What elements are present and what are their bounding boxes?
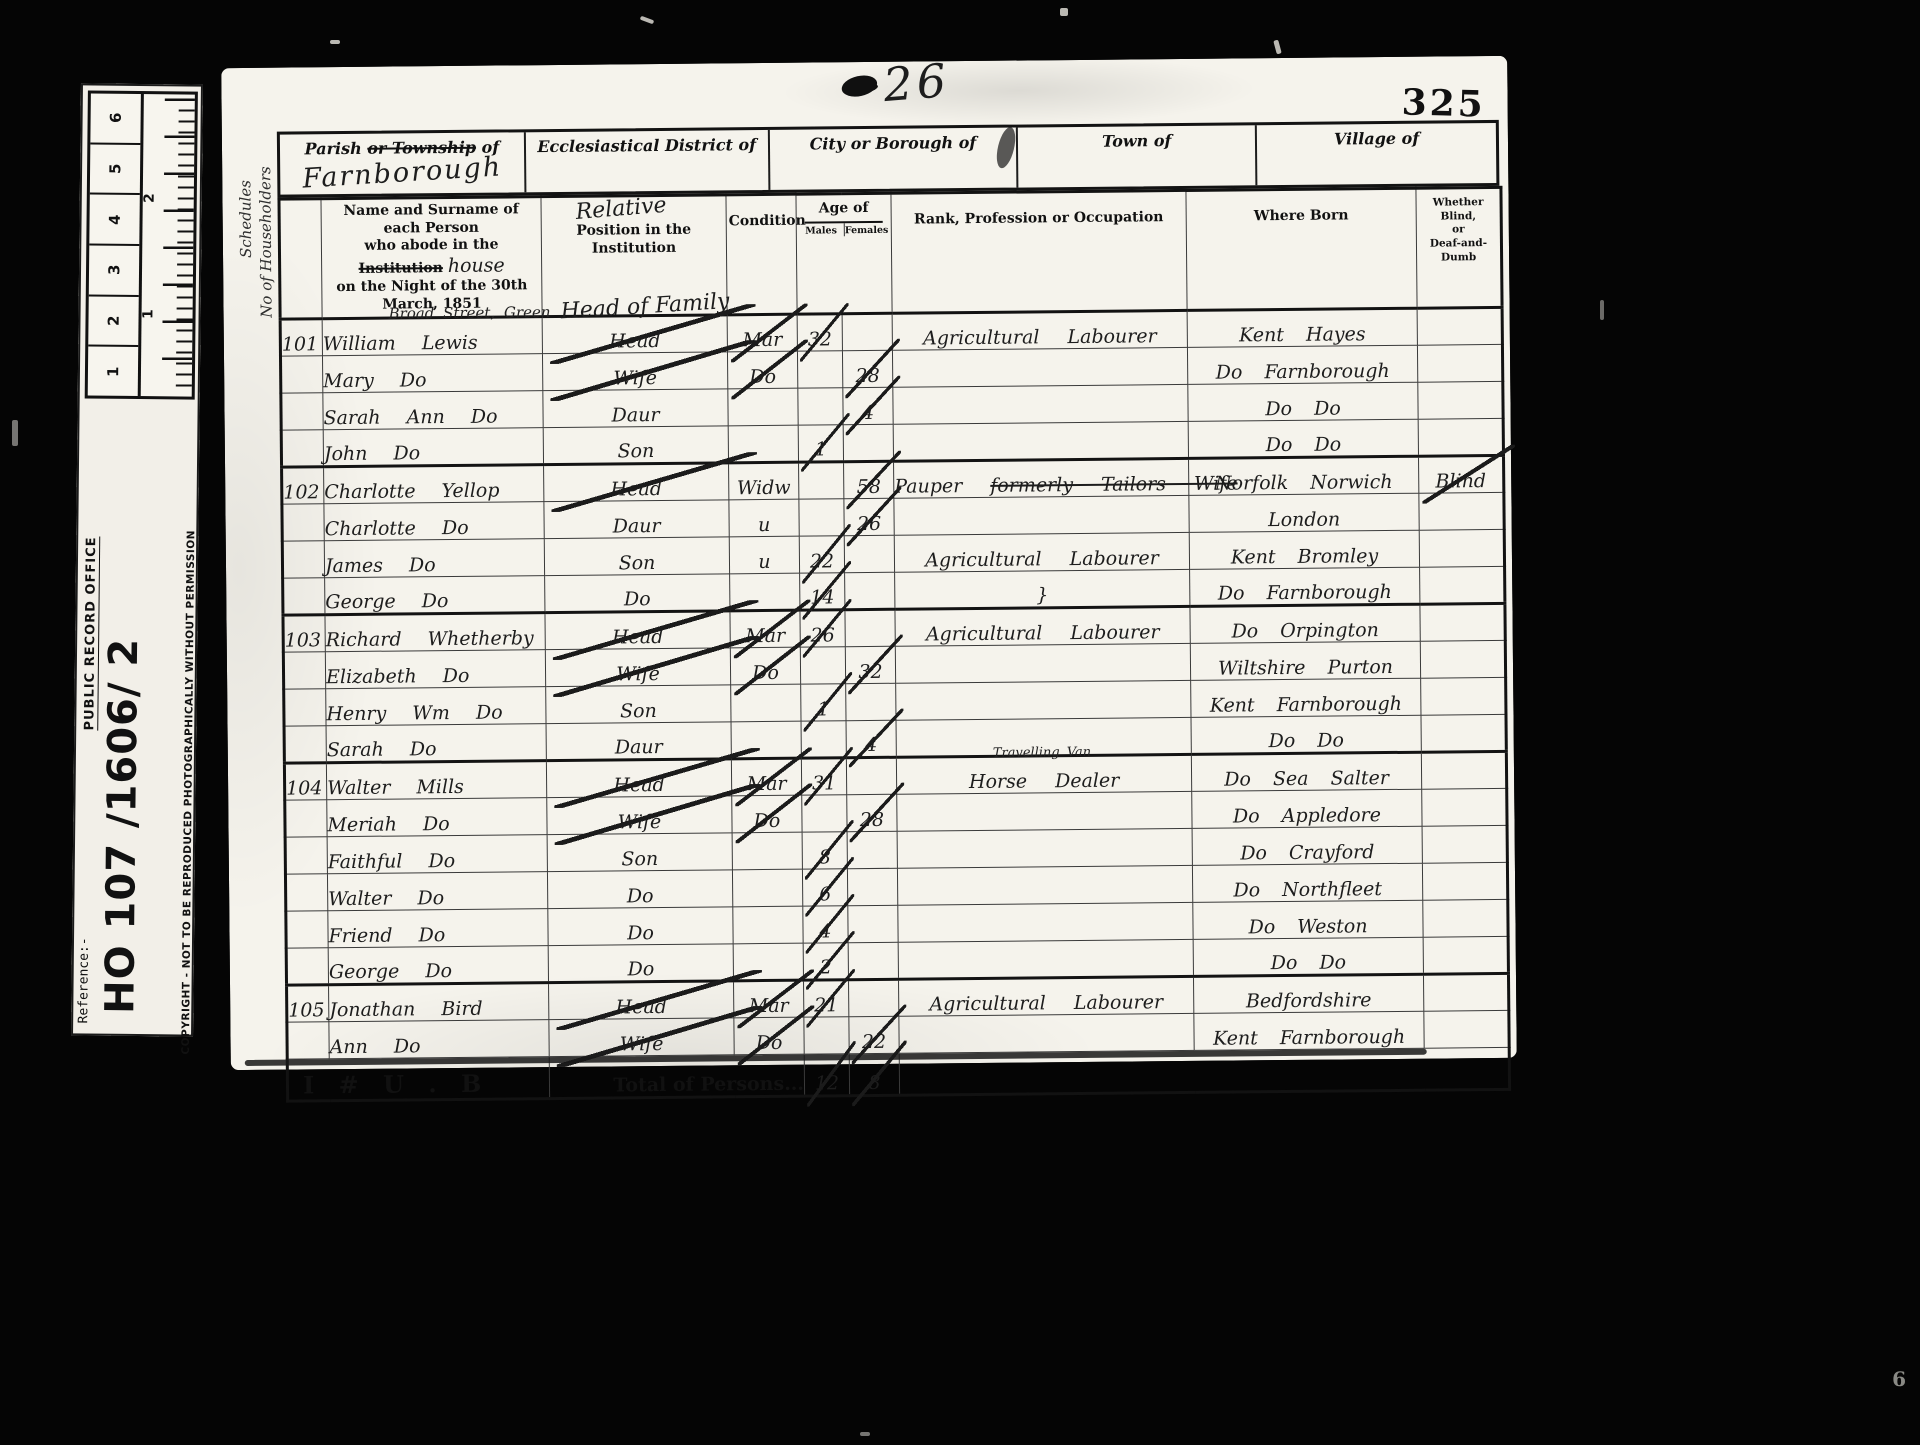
age-male-cell: 32 [797,314,842,351]
infirmity-cell [1417,308,1502,346]
age-female-cell [846,683,896,720]
census-table: Name and Surname of each Person who abod… [277,186,1511,1103]
schedule-number-cell [285,874,327,911]
condition-cell [731,721,801,759]
occupation-cell [893,422,1188,462]
age-female-cell [846,757,896,794]
relation-cell: Head [549,981,734,1020]
infirmity-cell [1421,752,1506,790]
schedule-number-cell [285,837,327,874]
place-header-band: Parish or Township of Farnborough Eccles… [277,120,1500,198]
age-female-cell: 32 [845,647,895,684]
schedule-number-cell [282,541,324,578]
age-female-cell: 28 [842,351,892,388]
copyright-notice: COPYRIGHT - NOT TO BE REPRODUCED PHOTOGR… [180,535,197,1055]
handwritten-correction: house [448,254,505,277]
schedule-column-header [279,199,322,320]
census-page: 26 325 Schedules No of Householders Pari… [221,56,1517,1070]
reference-label: Reference:- [76,918,92,1023]
name-cell: Walter Do [327,872,547,911]
where-born-column-header: Where Born [1186,188,1417,310]
infirmity-cell [1422,826,1507,864]
name-cell: Jonathan Bird [329,983,549,1022]
age-column-header: Age of Males Females [796,193,892,314]
name-cell: Elizabeth Do [325,650,545,689]
relation-cell: Son [544,537,729,576]
age-female-cell: 22 [849,1016,899,1053]
where-born-cell: London [1189,493,1419,532]
name-cell: George Do [328,946,548,985]
name-cell: Broad Street, Green William Lewis [322,317,542,356]
age-females-subheader: Females [844,222,889,236]
column-header-row: Name and Surname of each Person who abod… [279,187,1502,319]
infirmity-cell [1421,715,1506,753]
condition-cell [733,943,803,981]
age-female-cell [848,942,898,979]
infirmity-cell [1418,419,1503,457]
age-male-cell [800,647,845,684]
where-born-cell: Bedfordshire [1194,974,1424,1013]
where-born-cell: Do Sea Salter [1191,752,1421,791]
where-born-cell: Do Northfleet [1192,863,1422,902]
age-female-cell [848,905,898,942]
place-cell-ecclesiastical: Ecclesiastical District of [526,130,770,192]
relation-cell: Wife [545,648,730,687]
occupation-cell: Travelling Van Horse Dealer [896,755,1191,795]
infirmity-cell [1423,974,1508,1012]
condition-cell [728,388,798,426]
condition-cell: u [729,499,799,537]
where-born-cell: Norfolk Norwich [1189,456,1419,495]
where-born-cell: Do Farnborough [1187,345,1417,384]
relation-cell: Do [548,907,733,946]
page-number-handwritten: 26 [881,53,952,112]
occupation-note: Travelling Van [993,745,1091,761]
infirmity-column-header: Whether Blind, or Deaf-and-Dumb [1416,187,1502,308]
where-born-cell: Do Weston [1193,900,1423,939]
schedule-number-cell [285,800,327,837]
age-female-cell [845,573,895,610]
age-female-cell [849,979,899,1016]
age-male-cell: 31 [801,758,846,795]
name-cell: Charlotte Yellop [324,465,544,504]
relation-cell: Daur [544,500,729,539]
age-female-cell: 58 [844,462,894,499]
occupation-cell: Pauper formerly Tailors Wife [894,459,1189,499]
relation-cell: Son [543,426,728,465]
relation-cell: Wife [547,796,732,835]
occupation-cell [897,792,1192,832]
ruler-number: 2 [142,193,158,203]
relation-cell: Wife [549,1018,734,1057]
infirmity-cell [1417,345,1502,383]
occupation-cell [895,644,1190,684]
relation-cell: Head [544,463,729,502]
age-male-cell [801,721,846,758]
ruler-inch-scale: 2 1 [141,94,195,397]
name-cell: Walter Mills [326,761,546,800]
condition-cell: Mar [734,980,804,1018]
age-female-cell [844,536,894,573]
ruler-ticks [162,98,195,392]
condition-cell [733,906,803,944]
occupation-cell [897,829,1192,869]
name-cell: Sarah Do [326,724,546,763]
where-born-cell: Kent Farnborough [1191,678,1421,717]
age-male-cell [799,499,844,536]
reference-code: HO 107 /1606/ 2 [97,584,148,1014]
struck-word: Institution [358,260,442,277]
where-born-cell: Do Do [1188,382,1418,421]
schedule-number-cell: 103 [283,615,325,652]
schedule-number-cell [284,726,326,763]
schedule-number-cell [287,1022,329,1059]
schedule-number-cell [282,504,324,541]
occupation-cell: Agricultural Labourer [894,533,1189,573]
infirmity-cell [1420,604,1505,642]
schedule-number-cell [283,578,325,615]
occupation-cell: Agricultural Labourer [899,977,1194,1017]
name-cell: Ann Do [329,1020,549,1059]
where-born-cell: Do Crayford [1192,826,1422,865]
condition-cell: Mar [731,758,801,796]
occupation-cell [898,940,1193,980]
relation-cell: Head [546,759,731,798]
age-males-subheader: Males [799,223,845,237]
condition-cell: Widw [729,462,799,500]
infirmity-cell [1423,900,1508,938]
infirmity-cell [1422,789,1507,827]
age-male-cell: 8 [802,832,847,869]
ruler: 6 5 4 3 2 1 2 1 [85,90,198,399]
scan-speck [1600,300,1604,320]
age-female-cell: 4 [846,720,896,757]
infirmity-cell [1419,530,1504,568]
condition-cell: Do [730,647,800,685]
schedule-number-cell [284,689,326,726]
age-male-cell: 22 [799,536,844,573]
age-male-cell [799,462,844,499]
place-cell-city: City or Borough of [769,128,1018,190]
ruler-number: 2 [104,315,122,326]
relation-cell: Son [547,833,732,872]
margin-note: Schedules [235,68,255,258]
scan-speck [1060,8,1068,16]
age-female-cell: 26 [844,499,894,536]
ruler-number: 1 [140,309,156,319]
ruler-number: 6 [107,113,125,124]
where-born-cell: Do Farnborough [1190,567,1420,606]
relation-cell: Son [546,685,731,724]
name-cell: Henry Wm Do [326,687,546,726]
name-cell: Charlotte Do [324,502,544,541]
occupation-cell [896,681,1191,721]
infirmity-cell [1418,382,1503,420]
pro-reference-strip: 6 5 4 3 2 1 2 1 PUBLIC RECORD OFFICE HO … [71,83,203,1036]
place-label: Town of [1018,125,1255,151]
infirmity-cell [1421,678,1506,716]
where-born-cell: Kent Farnborough [1194,1011,1424,1050]
name-cell: Richard Whetherby [325,613,545,652]
relation-cell: Head [542,315,727,354]
name-cell: George Do [325,576,545,615]
place-label: Village of [1257,123,1496,149]
where-born-cell: Kent Bromley [1189,530,1419,569]
occupation-cell: } [895,570,1190,610]
scan-speck [12,420,18,446]
scan-speck [1273,40,1281,55]
where-born-cell: Do Do [1188,419,1418,458]
where-born-cell: Do Do [1191,715,1421,754]
age-male-cell: 4 [803,906,848,943]
occupation-column-header: Rank, Profession or Occupation [891,190,1187,313]
age-male-cell [797,351,842,388]
relation-cell: Daur [543,389,728,428]
schedule-number-cell: 101 [280,319,322,356]
schedule-number-cell [286,911,328,948]
name-cell: Meriah Do [327,798,547,837]
infirmity-cell [1424,1011,1509,1049]
schedule-number-cell: 104 [284,763,326,800]
condition-cell [730,573,800,611]
age-male-cell: 2 [803,943,848,980]
occupation-cell: Agricultural Labourer [895,607,1190,647]
infirmity-cell [1423,937,1508,975]
age-female-cell [843,425,893,462]
schedule-number-cell: 105 [287,985,329,1022]
condition-cell [731,684,801,722]
condition-column-header: Condition [726,194,797,315]
place-cell-village: Village of [1257,123,1496,185]
age-male-cell: 21 [804,980,849,1017]
age-male-cell: 14 [800,573,845,610]
age-female-cell: 28 [847,794,897,831]
age-female-cell [847,831,897,868]
age-female-cell [845,610,895,647]
age-male-cell [798,388,843,425]
where-born-cell: Do Orpington [1190,604,1420,643]
place-label: City or Borough of [769,128,1016,154]
infirmity-cell [1422,863,1507,901]
condition-cell: Do [734,1017,804,1055]
age-male-cell [804,1017,849,1054]
folio-number: 325 [1401,81,1486,125]
infirmity-cell [1419,493,1504,531]
where-born-cell: Wiltshire Purton [1190,641,1420,680]
where-born-cell: Do Appledore [1192,789,1422,828]
schedule-number-cell [283,652,325,689]
age-female-cell [842,314,892,351]
pro-office-label: PUBLIC RECORD OFFICE [82,545,99,730]
relation-cell: Do [545,574,730,613]
relation-column-header: Relative Position in the Institution Hea… [541,195,727,317]
age-male-cell: 1 [801,684,846,721]
place-cell-parish: Parish or Township of Farnborough [280,132,526,194]
condition-cell: Do [727,351,797,389]
name-cell: Faithful Do [327,835,547,874]
age-male-cell: 1 [798,425,843,462]
occupation-cell [898,903,1193,943]
age-male-cell: 6 [802,869,847,906]
ruler-number: 1 [104,366,122,377]
occupation-cell [892,348,1187,388]
schedule-number-cell [281,430,323,467]
scan-background: 6 5 4 3 2 1 2 1 PUBLIC RECORD OFFICE HO … [0,0,1920,1445]
corner-mark: 6 [1892,1367,1906,1391]
occupation-cell [897,866,1192,906]
occupation-cell [893,385,1188,425]
where-born-cell: Do Do [1193,937,1423,976]
margin-note: No of Householders [255,88,275,318]
condition-cell: Mar [727,314,797,352]
condition-cell [732,869,802,907]
ruler-number: 5 [106,163,124,174]
ruler-number: 4 [106,214,124,225]
age-female-cell [847,868,897,905]
relation-cell: Wife [542,352,727,391]
condition-cell [728,425,798,463]
name-cell: James Do [324,539,544,578]
relation-cell: Head [545,611,730,650]
where-born-cell: Kent Hayes [1187,308,1417,347]
infirmity-cell: Blind [1419,456,1504,494]
schedule-number-cell [286,948,328,985]
condition-cell: Mar [730,610,800,648]
name-cell: John Do [323,428,543,467]
age-male-cell: 26 [800,610,845,647]
schedule-number-cell: 102 [282,467,324,504]
condition-cell: u [729,536,799,574]
scan-speck [860,1432,870,1436]
infirmity-cell [1420,641,1505,679]
relation-cell: Daur [546,722,731,761]
ruler-cm-scale: 6 5 4 3 2 1 [88,93,144,396]
address-note: Broad Street, Green [388,303,550,323]
ruler-number: 3 [105,265,123,276]
scan-speck [330,40,340,44]
age-female-cell: 4 [843,388,893,425]
infirmity-cell [1420,567,1505,605]
condition-cell [732,832,802,870]
relation-cell: Do [547,870,732,909]
place-label-pre: Parish [305,139,362,159]
name-cell: Mary Do [322,354,542,393]
occupation-cell [899,1014,1194,1054]
age-male-cell [802,795,847,832]
scan-speck [640,16,655,25]
ink-blot [840,72,879,99]
occupation-cell: Agricultural Labourer [892,311,1187,351]
place-label: Ecclesiastical District of [526,130,768,156]
relation-cell: Do [548,944,733,983]
name-cell: Sarah Ann Do [323,391,543,430]
occupation-cell [894,496,1189,536]
place-cell-town: Town of [1018,125,1257,187]
name-cell: Friend Do [328,909,548,948]
name-column-header: Name and Surname of each Person who abod… [321,197,542,319]
schedule-number-cell [281,393,323,430]
schedule-number-cell [280,356,322,393]
condition-cell: Do [732,795,802,833]
